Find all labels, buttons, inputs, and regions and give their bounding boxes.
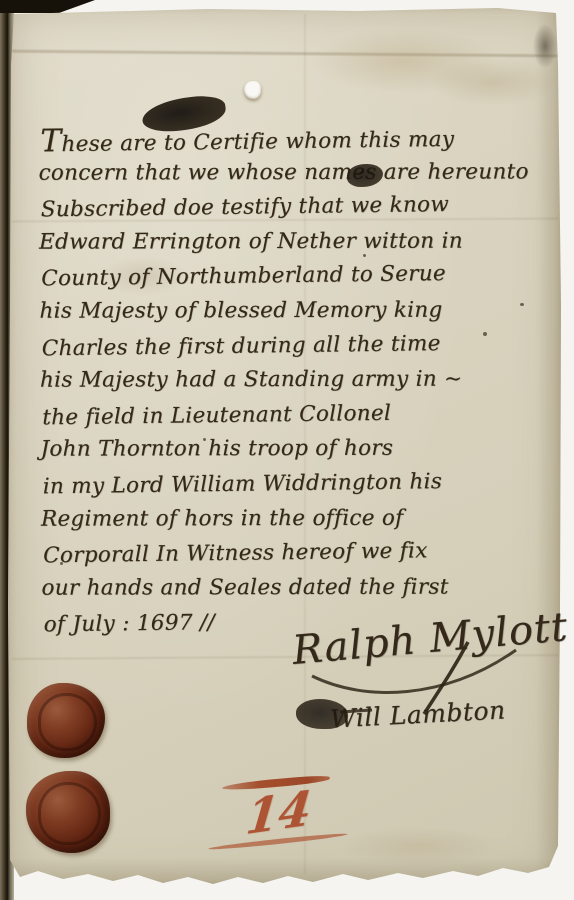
manuscript-line: concern that we whose names are hereunto <box>39 155 553 191</box>
paper-stain <box>338 826 498 866</box>
manuscript-line: his Majesty of blessed Memory king <box>39 293 553 329</box>
manuscript-line: our hands and Seales dated the first <box>41 570 555 606</box>
manuscript-line: These are to Certifie whom this may <box>40 118 554 159</box>
manuscript-line: Corporall In Witness hereof we fix <box>43 533 557 574</box>
manuscript-line: Subscribed doe testify that we know <box>41 187 555 228</box>
manuscript-line: John Thornton his troop of hors <box>40 432 554 468</box>
wax-seal <box>26 771 110 853</box>
paper-edge-shading <box>8 858 562 888</box>
binding-corner-shadow <box>0 0 95 13</box>
ink-blot <box>296 699 348 729</box>
manuscript-line: Charles the first during all the time <box>42 325 556 366</box>
paper-hole <box>244 81 261 99</box>
manuscript-line: Edward Errington of Nether witton in <box>39 224 553 260</box>
ink-smudge <box>533 24 557 68</box>
scanned-manuscript-page: These are to Certifie whom this may conc… <box>0 0 574 900</box>
manuscript-line: in my Lord William Widdrington his <box>43 464 557 505</box>
manuscript-line: his Majesty had a Standing army in ~ <box>40 362 554 398</box>
manuscript-line: County of Northumberland to Serue <box>41 256 555 297</box>
manuscript-line: Regiment of hors in the office of <box>41 501 555 537</box>
manuscript-line: the field in Lieutenant Collonel <box>42 394 556 435</box>
manuscript-text-block: These are to Certifie whom this may conc… <box>38 119 556 641</box>
